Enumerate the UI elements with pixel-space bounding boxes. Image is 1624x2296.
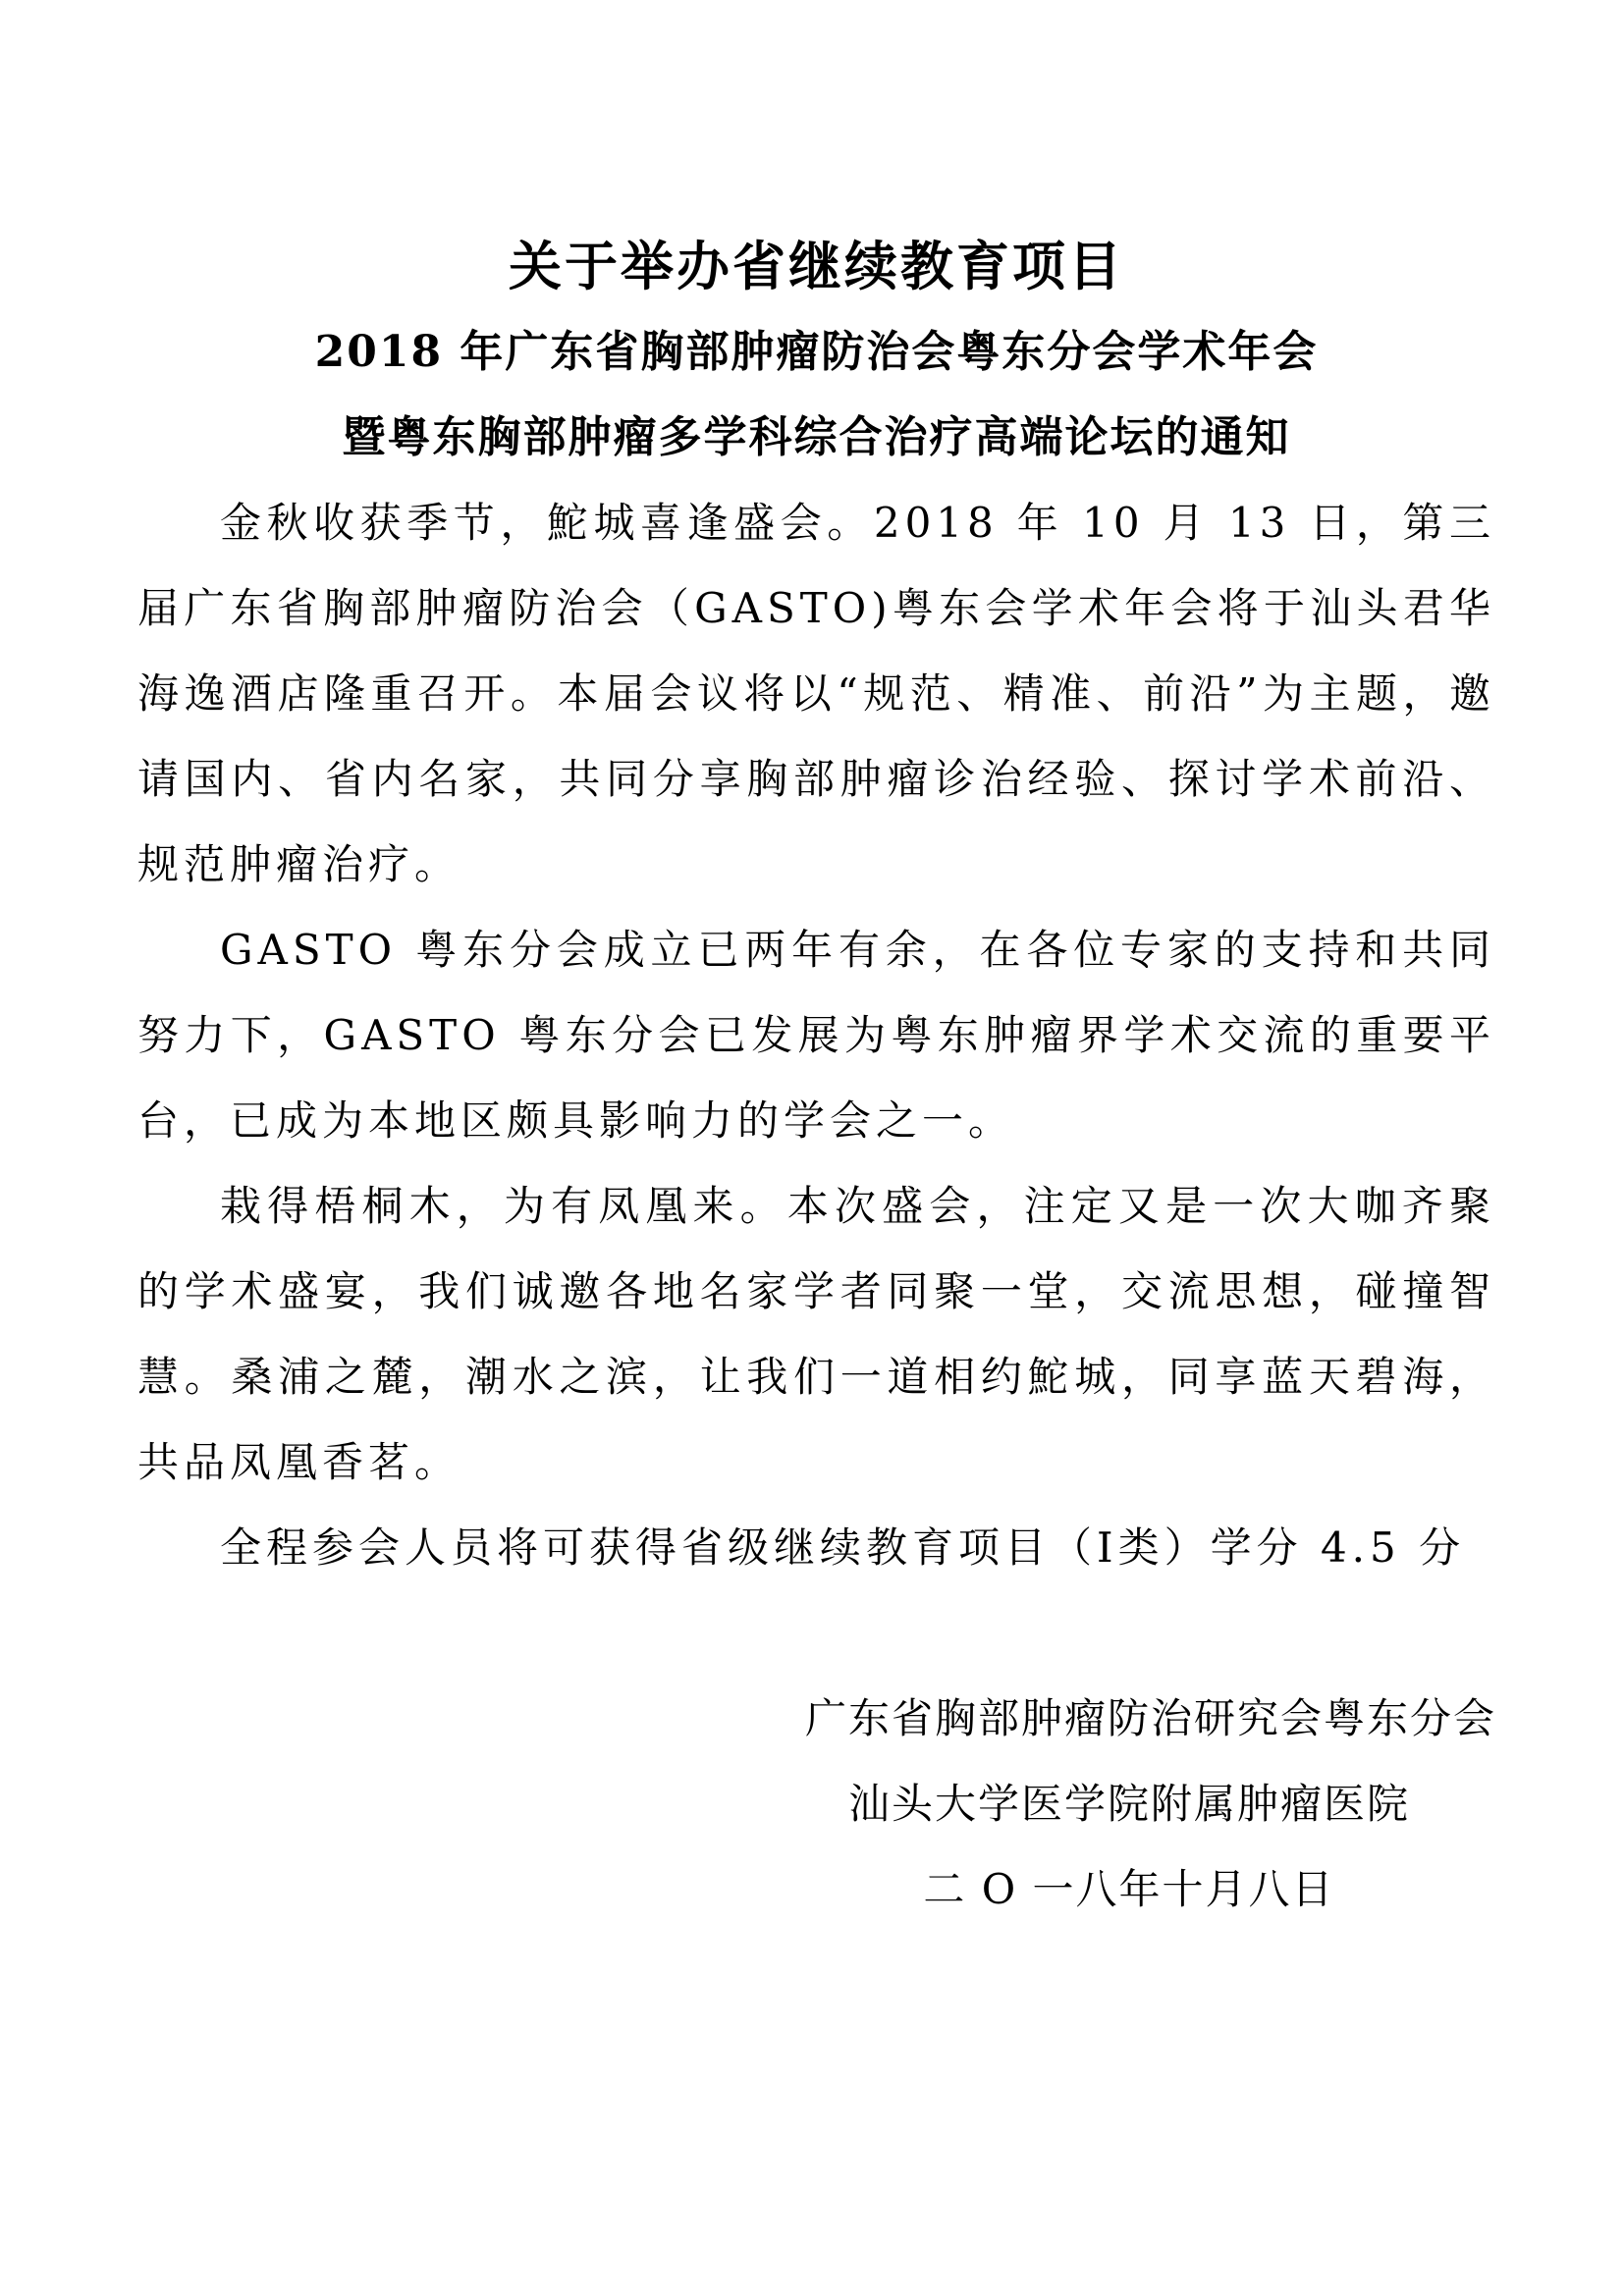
signature-block: 广东省胸部肿瘤防治研究会粤东分会 汕头大学医学院附属肿瘤医院 二 O 一八年十月… xyxy=(805,1676,1453,1932)
signature-date: 二 O 一八年十月八日 xyxy=(805,1846,1453,1932)
document-subtitle-line-1: 2018 年广东省胸部肿瘤防治会粤东分会学术年会 xyxy=(137,309,1495,395)
body-paragraph-3: 栽得梧桐木，为有凤凰来。本次盛会，注定又是一次大咖齐聚的学术盛宴，我们诚邀各地名… xyxy=(137,1163,1495,1505)
document-page: 关于举办省继续教育项目 2018 年广东省胸部肿瘤防治会粤东分会学术年会 暨粤东… xyxy=(0,0,1624,2296)
credit-statement-line: 全程参会人员将可获得省级继续教育项目（Ⅰ类）学分 4.5 分 xyxy=(137,1505,1495,1590)
document-title: 关于举办省继续教育项目 xyxy=(137,224,1495,309)
signature-organization-1: 广东省胸部肿瘤防治研究会粤东分会 xyxy=(805,1676,1453,1761)
body-paragraph-2: GASTO 粤东分会成立已两年有余，在各位专家的支持和共同努力下，GASTO 粤… xyxy=(137,907,1495,1163)
body-paragraph-1: 金秋收获季节，鮀城喜逢盛会。2018 年 10 月 13 日，第三届广东省胸部肿… xyxy=(137,480,1495,907)
signature-organization-2: 汕头大学医学院附属肿瘤医院 xyxy=(805,1761,1453,1846)
document-subtitle-line-2: 暨粤东胸部肿瘤多学科综合治疗高端论坛的通知 xyxy=(137,395,1495,480)
